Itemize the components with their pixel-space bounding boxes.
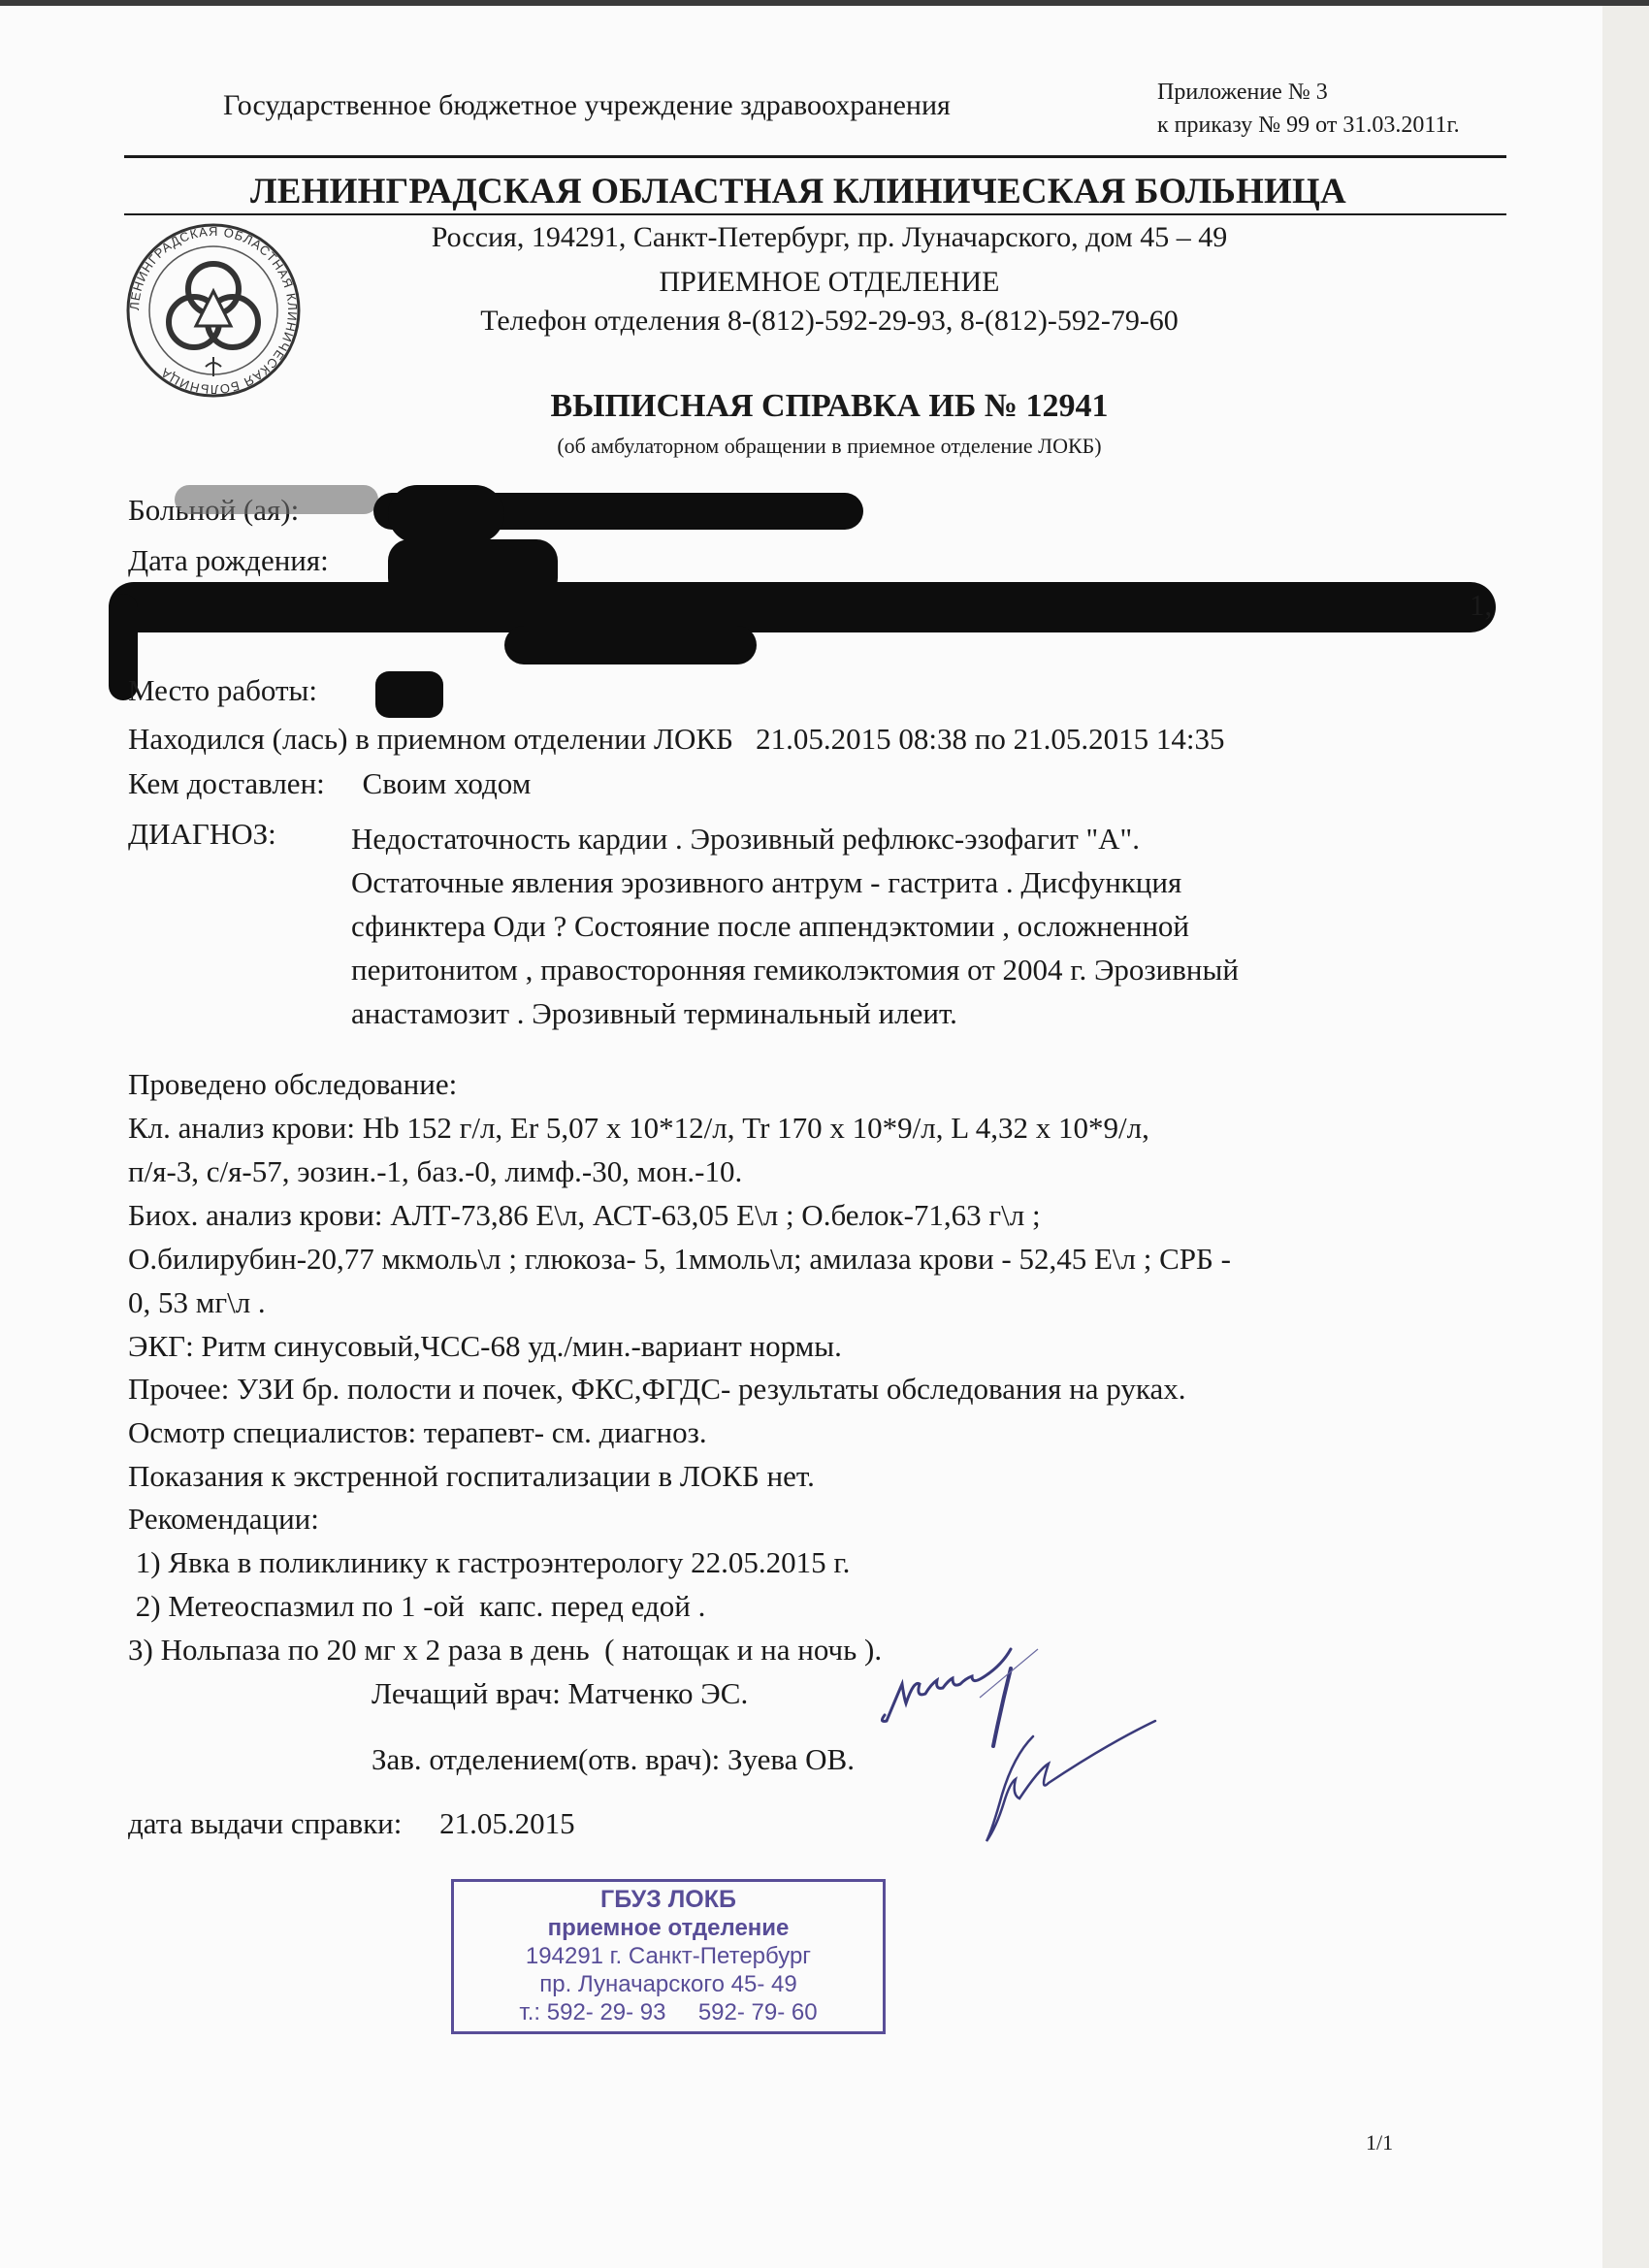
delivered-line: Кем доставлен: Своим ходом [128, 766, 531, 801]
redaction-patient-name-2 [388, 485, 504, 543]
stay-label: Находился (лась) в приемном отделении ЛО… [128, 722, 733, 756]
header-divider-top [124, 155, 1506, 158]
stamp-title: ГБУЗ ЛОКБ [454, 1886, 883, 1914]
hospital-logo-icon: ЛЕНИНГРАДСКАЯ ОБЛАСТНАЯ КЛИНИЧЕСКАЯ БОЛЬ… [124, 221, 304, 401]
department-phone: Телефон отделения 8-(812)-592-29-93, 8-(… [320, 305, 1339, 338]
stamp-phones: т.: 592- 29- 93 592- 79- 60 [454, 1998, 883, 2026]
delivered-label: Кем доставлен: [128, 766, 325, 800]
diagnosis-line: Остаточные явления эрозивного антрум - г… [351, 860, 1515, 904]
redaction-address-blob [504, 626, 757, 664]
workplace-label: Место работы: [128, 673, 317, 708]
delivered-value: Своим ходом [363, 766, 532, 800]
exam-line-biochem: Биох. анализ крови: АЛТ-73,86 Е\л, АСТ-6… [128, 1198, 1041, 1233]
hospital-name: ЛЕНИНГРАДСКАЯ ОБЛАСТНАЯ КЛИНИЧЕСКАЯ БОЛЬ… [250, 171, 1346, 212]
diagnosis-label: ДИАГНОЗ: [128, 817, 276, 852]
recommendation-item: 2) Метеоспазмил по 1 -ой капс. перед едо… [128, 1589, 705, 1624]
exam-line-specialists: Осмотр специалистов: терапевт- см. диагн… [128, 1415, 707, 1450]
exam-line-biochem-2: О.билирубин-20,77 мкмоль\л ; глюкоза- 5,… [128, 1242, 1231, 1277]
diagnosis-line: Недостаточность кардии . Эрозивный рефлю… [351, 817, 1515, 860]
redaction-smudge [175, 485, 378, 514]
stay-period: 21.05.2015 08:38 по 21.05.2015 14:35 [756, 722, 1224, 756]
stamp-street: пр. Луначарского 45- 49 [454, 1970, 883, 1998]
department-name: ПРИЕМНОЕ ОТДЕЛЕНИЕ [320, 266, 1339, 299]
appendix-note: Приложение № 3 к приказу № 99 от 31.03.2… [1157, 76, 1460, 142]
stay-line: Находился (лась) в приемном отделении ЛО… [128, 722, 1224, 757]
document-title: ВЫПИСНАЯ СПРАВКА ИБ № 12941 [320, 388, 1339, 425]
issue-date-line: дата выдачи справки: 21.05.2015 [128, 1806, 575, 1841]
exam-line-other: Прочее: УЗИ бр. полости и почек, ФКС,ФГД… [128, 1372, 1185, 1407]
exam-line-cbc: Кл. анализ крови: Hb 152 г/л, Er 5,07 x … [128, 1111, 1149, 1146]
recommendations-heading: Рекомендации: [128, 1502, 319, 1537]
scan-edge-right [1602, 6, 1649, 2268]
exam-line-cbc-diff: п/я-3, с/я-57, эозин.-1, баз.-0, лимф.-3… [128, 1154, 742, 1189]
address-trailing-text: 1, [1470, 588, 1492, 623]
exam-line-hospitalization: Показания к экстренной госпитализации в … [128, 1459, 815, 1494]
department-head: Зав. отделением(отв. врач): Зуева ОВ. [372, 1742, 855, 1777]
diagnosis-line: перитонитом , правосторонняя гемиколэкто… [351, 948, 1515, 991]
birth-date-label: Дата рождения: [128, 543, 329, 578]
official-stamp: ГБУЗ ЛОКБ приемное отделение 194291 г. С… [451, 1879, 886, 2034]
handwritten-signature-icon [863, 1639, 1193, 1853]
hospital-address: Россия, 194291, Санкт-Петербург, пр. Лун… [320, 221, 1339, 254]
appendix-line-2: к приказу № 99 от 31.03.2011г. [1157, 109, 1460, 142]
diagnosis-line: анастамозит . Эрозивный терминальный иле… [351, 991, 1515, 1035]
redaction-workplace [375, 671, 443, 718]
recommendation-item: 3) Нольпаза по 20 мг x 2 раза в день ( н… [128, 1633, 882, 1668]
diagnosis-text: Недостаточность кардии . Эрозивный рефлю… [351, 817, 1515, 1035]
organization-type: Государственное бюджетное учреждение здр… [223, 89, 951, 122]
page-number: 1/1 [1366, 2130, 1393, 2155]
stamp-city: 194291 г. Санкт-Петербург [454, 1942, 883, 1970]
redaction-address [109, 582, 1496, 632]
stamp-department: приемное отделение [454, 1914, 883, 1942]
recommendation-item: 1) Явка в поликлинику к гастроэнтерологу… [128, 1545, 850, 1580]
examination-heading: Проведено обследование: [128, 1067, 457, 1102]
issue-date-label: дата выдачи справки: [128, 1806, 402, 1840]
appendix-line-1: Приложение № 3 [1157, 76, 1460, 109]
attending-physician: Лечащий врач: Матченко ЭС. [372, 1676, 748, 1711]
diagnosis-line: сфинктера Оди ? Состояние после аппендэк… [351, 904, 1515, 948]
document-subtitle: (об амбулаторном обращении в приемное от… [320, 434, 1339, 459]
exam-line-biochem-3: 0, 53 мг\л . [128, 1285, 266, 1320]
header-divider-bottom [124, 213, 1506, 215]
exam-line-ecg: ЭКГ: Ритм синусовый,ЧСС-68 уд./мин.-вари… [128, 1329, 842, 1364]
issue-date-value: 21.05.2015 [439, 1806, 575, 1840]
